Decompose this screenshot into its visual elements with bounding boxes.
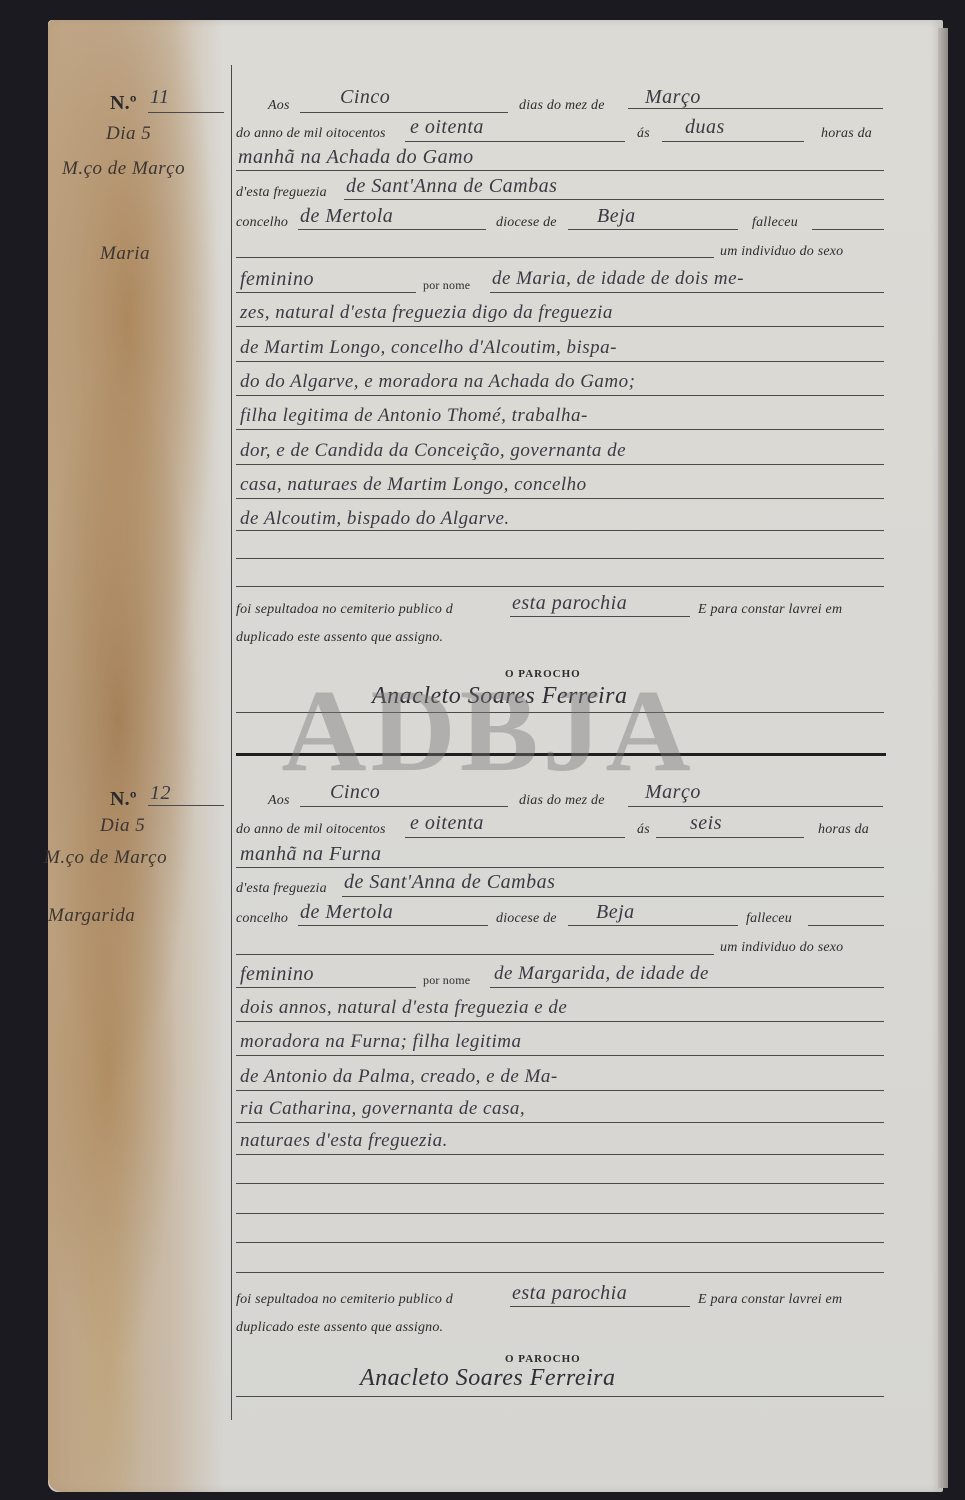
label-diocese: diocese de [496, 215, 557, 231]
rule [236, 498, 884, 499]
label-freguezia: d'esta freguezia [236, 881, 327, 897]
label-por-nome: por nome [423, 278, 470, 293]
parish-priest-signature: Anacleto Soares Ferreira [360, 1365, 616, 1392]
field-time-place: manhã na Furna [240, 843, 381, 866]
rule [236, 464, 884, 465]
rule [236, 987, 416, 988]
body-line: de Martim Longo, concelho d'Alcoutim, bi… [240, 337, 617, 359]
label-parocho: O PAROCHO [505, 1353, 581, 1365]
field-day: Cinco [330, 781, 380, 804]
rule [236, 586, 884, 587]
rule [148, 805, 224, 806]
body-line: do do Algarve, e moradora na Achada do G… [240, 371, 635, 393]
body-line: naturaes d'esta freguezia. [240, 1130, 448, 1152]
rule [236, 1272, 884, 1273]
body-line: moradora na Furna; filha legitima [240, 1031, 521, 1053]
rule [236, 326, 884, 327]
label-por-nome: por nome [423, 973, 470, 988]
rule [148, 112, 224, 113]
rule [236, 712, 884, 713]
rule [510, 1306, 690, 1307]
rule [568, 229, 738, 230]
margin-note-month: M.ço de Março [62, 158, 185, 180]
rule [236, 1021, 884, 1022]
rule [236, 170, 884, 171]
body-line: de Alcoutim, bispado do Algarve. [240, 508, 510, 530]
rule [812, 229, 884, 230]
page-edge [938, 28, 948, 1488]
rule [236, 1242, 884, 1243]
entry-number-label: N.º [110, 92, 137, 115]
field-freguezia: de Sant'Anna de Cambas [344, 871, 555, 894]
rule [236, 361, 884, 362]
label-sepultado: foi sepultadoa no cemiterio publico d [236, 602, 453, 618]
label-duplicado: duplicado este assento que assigno. [236, 1320, 443, 1336]
label-aos: Aos [268, 793, 290, 809]
label-duplicado: duplicado este assento que assigno. [236, 630, 443, 646]
field-day: Cinco [340, 86, 390, 109]
label-para-constar: E para constar lavrei em [698, 602, 842, 618]
rule [236, 867, 884, 868]
field-concelho: de Mertola [300, 205, 393, 228]
rule [342, 896, 884, 897]
entry-separator [236, 753, 886, 756]
field-time-place: manhã na Achada do Gamo [238, 146, 474, 169]
body-line: dor, e de Candida da Conceição, governan… [240, 440, 626, 462]
label-falleceu: falleceu [752, 215, 798, 231]
rule [568, 925, 738, 926]
field-diocese: Beja [597, 205, 636, 228]
rule [236, 429, 884, 430]
margin-rule [231, 65, 232, 1420]
margin-note-name: Margarida [48, 905, 135, 927]
rule [236, 954, 714, 955]
field-cemiterio: esta parochia [512, 592, 627, 615]
body-line: de Antonio da Palma, creado, e de Ma- [240, 1066, 558, 1088]
field-freguezia: de Sant'Anna de Cambas [346, 175, 557, 198]
rule [662, 141, 804, 142]
rule [300, 806, 508, 807]
field-sexo: feminino [240, 268, 314, 291]
label-concelho: concelho [236, 911, 288, 927]
label-dias-do-mez: dias do mez de [519, 98, 605, 114]
rule [236, 1183, 884, 1184]
label-concelho: concelho [236, 215, 288, 231]
field-hour: seis [690, 812, 722, 835]
margin-note-day: Dia 5 [106, 123, 151, 145]
body-line: ria Catharina, governanta de casa, [240, 1098, 525, 1120]
rule [405, 837, 625, 838]
field-year: e oitenta [410, 116, 484, 139]
margin-note-month: M.ço de Março [44, 847, 167, 869]
label-parocho: O PAROCHO [505, 668, 581, 680]
field-month: Março [645, 86, 701, 109]
label-diocese: diocese de [496, 911, 557, 927]
rule [236, 292, 416, 293]
label-as: ás [637, 126, 650, 142]
label-do-anno: do anno de mil oitocentos [236, 126, 386, 142]
body-line: zes, natural d'esta freguezia digo da fr… [240, 302, 613, 324]
label-falleceu: falleceu [746, 911, 792, 927]
label-do-anno: do anno de mil oitocentos [236, 822, 386, 838]
label-individuo: um individuo do sexo [720, 244, 843, 260]
rule [236, 1396, 884, 1397]
entry-number: 11 [150, 86, 170, 109]
rule [298, 229, 486, 230]
margin-note-name: Maria [100, 243, 150, 265]
rule [236, 1090, 884, 1091]
label-horas-da: horas da [818, 822, 869, 838]
rule [628, 806, 883, 807]
body-line: dois annos, natural d'esta freguezia e d… [240, 997, 567, 1019]
label-aos: Aos [268, 98, 290, 114]
body-line: casa, naturaes de Martim Longo, concelho [240, 474, 587, 496]
parish-priest-signature: Anacleto Soares Ferreira [372, 683, 628, 710]
rule [236, 530, 884, 531]
field-hour: duas [685, 116, 725, 139]
rule [628, 108, 883, 109]
label-para-constar: E para constar lavrei em [698, 1292, 842, 1308]
body-line: filha legitima de Antonio Thomé, trabalh… [240, 405, 588, 427]
label-horas-da: horas da [821, 126, 872, 142]
rule [300, 112, 508, 113]
rule [656, 837, 804, 838]
label-freguezia: d'esta freguezia [236, 185, 327, 201]
rule [236, 395, 884, 396]
rule [808, 925, 884, 926]
field-name-line: de Margarida, de idade de [494, 963, 709, 985]
rule [236, 1122, 884, 1123]
rule [236, 1213, 884, 1214]
label-sepultado: foi sepultadoa no cemiterio publico d [236, 1292, 453, 1308]
label-dias-do-mez: dias do mez de [519, 793, 605, 809]
rule [298, 925, 488, 926]
field-month: Março [645, 781, 701, 804]
rule [236, 257, 714, 258]
rule [236, 1154, 884, 1155]
label-individuo: um individuo do sexo [720, 940, 843, 956]
rule [490, 292, 884, 293]
field-year: e oitenta [410, 812, 484, 835]
entry-number-label: N.º [110, 788, 137, 811]
rule [344, 199, 884, 200]
field-concelho: de Mertola [300, 901, 393, 924]
field-cemiterio: esta parochia [512, 1282, 627, 1305]
label-as: ás [637, 822, 650, 838]
field-diocese: Beja [596, 901, 635, 924]
field-name-line: de Maria, de idade de dois me- [492, 268, 744, 290]
entry-number: 12 [150, 782, 171, 805]
rule [236, 558, 884, 559]
rule [510, 616, 690, 617]
field-sexo: feminino [240, 963, 314, 986]
rule [405, 141, 625, 142]
margin-note-day: Dia 5 [100, 815, 145, 837]
rule [236, 1055, 884, 1056]
rule [490, 987, 884, 988]
